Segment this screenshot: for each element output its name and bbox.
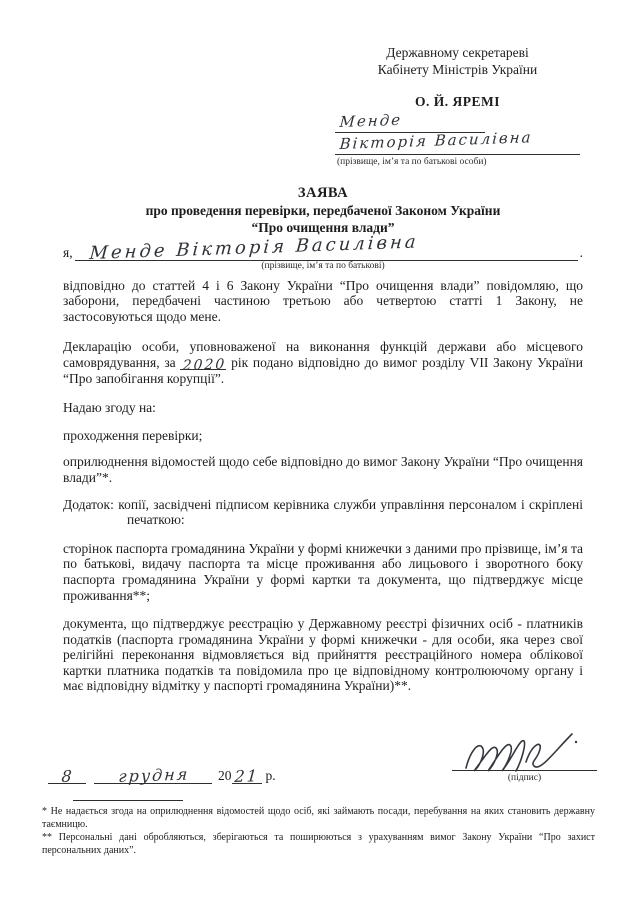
attachment-intro: копії, засвідчені підписом керівника слу…: [118, 497, 583, 528]
consent-item-publication: оприлюднення відомостей щодо себе відпов…: [63, 454, 583, 485]
consent-item-check: проходження перевірки;: [63, 428, 583, 444]
footnote-separator: [73, 800, 183, 801]
signature-line: [452, 740, 597, 771]
handwritten-name-line: Вікторія Василівна: [335, 134, 580, 155]
scanned-document-page: Державному секретареві Кабінету Міністрі…: [0, 0, 640, 905]
date-month-writein-line: грудня: [94, 765, 212, 784]
document-subtitle-1: про проведення перевірки, передбаченої З…: [63, 202, 583, 219]
recipient-name: О. Й. ЯРЕМІ: [335, 94, 580, 110]
date-block: 8 грудня 2021 р.: [48, 765, 276, 784]
date-signature-row: 8 грудня 2021 р. (підпис): [48, 740, 597, 784]
signature-block: (підпис): [452, 740, 597, 784]
document-body: ЗАЯВА про проведення перевірки, передбач…: [63, 186, 583, 694]
footnote-personal-data: ** Персональні дані обробляються, зберіг…: [42, 831, 595, 857]
year-writein-line: 2020: [180, 355, 226, 370]
date-suffix: р.: [266, 768, 276, 784]
year-handwritten: 2020: [182, 357, 227, 374]
handwritten-surname: Менде: [339, 112, 403, 130]
date-month-handwritten: грудня: [118, 766, 190, 784]
handwritten-signature-icon: [460, 732, 588, 776]
declarant-name-row: я, Менде Вікторія Василівна .: [63, 241, 583, 261]
footnotes-block: * Не надається згода на оприлюднення від…: [42, 800, 595, 857]
date-day-handwritten: 8: [61, 769, 74, 785]
title-block: ЗАЯВА про проведення перевірки, передбач…: [63, 186, 583, 236]
declarant-name-handwritten: Менде Вікторія Василівна: [89, 234, 419, 261]
declarant-line-period: .: [580, 245, 583, 261]
document-title: ЗАЯВА: [63, 186, 583, 202]
date-year-writein-line: 21: [232, 765, 262, 784]
declarant-name-writein-line: Менде Вікторія Василівна: [75, 241, 578, 261]
date-day-writein-line: 8: [48, 765, 86, 784]
document-subtitle-2: “Про очищення влади”: [63, 219, 583, 236]
attachment-label: Додаток:: [63, 497, 114, 512]
recipient-caption: (прізвище, ім’я та по батькові особи): [335, 157, 580, 168]
paragraph-declaration: Декларацію особи, уповноваженої на викон…: [63, 339, 583, 386]
date-year-handwritten: 21: [234, 768, 259, 784]
handwritten-name-patronymic: Вікторія Василівна: [339, 130, 533, 152]
attachment-item-passport: сторінок паспорта громадянина України у …: [63, 541, 583, 603]
attachment-item-tax-registry: документа, що підтверджує реєстрацію у Д…: [63, 616, 583, 694]
recipient-line-1: Державному секретареві: [335, 44, 580, 61]
consent-intro: Надаю згоду на:: [63, 400, 583, 416]
attachment-heading: Додаток: копії, засвідчені підписом кері…: [63, 497, 583, 528]
footnote-publication-exception: * Не надається згода на оприлюднення від…: [42, 805, 595, 831]
handwritten-surname-line: Менде: [335, 112, 485, 133]
declarant-pronoun: я,: [63, 245, 73, 261]
date-year-prefix: 20: [218, 768, 232, 784]
recipient-line-2: Кабінету Міністрів України: [335, 61, 580, 78]
paragraph-lustration-notice: відповідно до статтей 4 і 6 Закону Украї…: [63, 278, 583, 325]
recipient-block: Державному секретареві Кабінету Міністрі…: [335, 44, 580, 168]
declarant-caption: (прізвище, ім’я та по батькові): [63, 261, 583, 272]
